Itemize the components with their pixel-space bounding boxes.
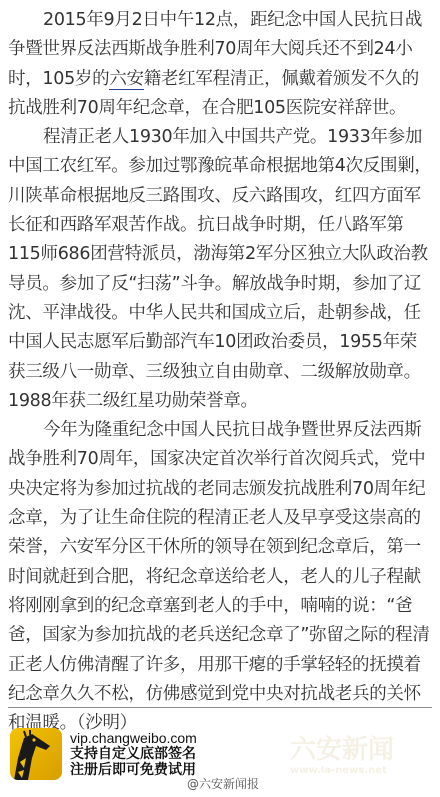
location-link-luan[interactable]: 六安 — [109, 69, 143, 90]
site-watermark-text: 六安新闻 — [290, 735, 394, 765]
paragraph-1: 2015年9月2日中午12点，距纪念中国人民抗日战争暨世界反法西斯战争胜利70周… — [8, 6, 432, 123]
ad-text-block: vip.changweibo.com 支持自定义底部签名 注册后即可免费试用 — [70, 730, 197, 778]
footer-divider — [8, 707, 432, 708]
footer-ad-banner[interactable]: vip.changweibo.com 支持自定义底部签名 注册后即可免费试用 — [10, 722, 197, 786]
site-watermark: 六安新闻 www.la-news.net — [290, 735, 430, 785]
ad-url[interactable]: vip.changweibo.com — [70, 730, 197, 746]
giraffe-logo-icon — [10, 728, 62, 780]
ad-line-2: 注册后即可免费试用 — [70, 762, 197, 778]
site-watermark-url: www.la-news.net — [290, 765, 430, 777]
article-body: 2015年9月2日中午12点，距纪念中国人民抗日战争暨世界反法西斯战争胜利70周… — [8, 6, 432, 738]
weibo-handle-watermark: @六安新闻报 — [187, 775, 259, 792]
paragraph-2: 程清正老人1930年加入中国共产党。1933年参加中国工农红军。参加过鄂豫皖革命… — [8, 123, 432, 416]
paragraph-3: 今年为隆重纪念中国人民抗日战争暨世界反法西斯战争胜利70周年，国家决定首次举行首… — [8, 416, 432, 738]
ad-line-1: 支持自定义底部签名 — [70, 746, 197, 762]
